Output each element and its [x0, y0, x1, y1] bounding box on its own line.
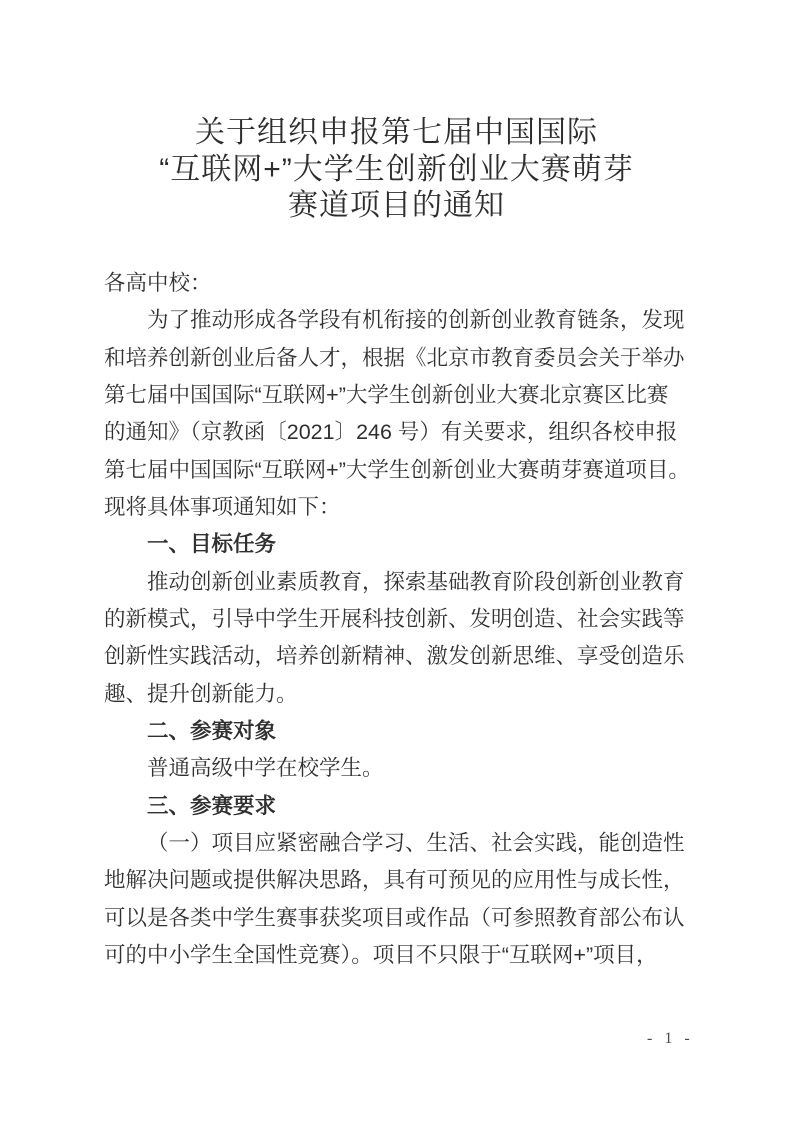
body-line: 推动创新创业素质教育，探索基础教育阶段创新创业教育	[104, 564, 710, 601]
body-line: 地解决问题或提供解决思路，具有可预见的应用性与成长性，	[104, 862, 710, 899]
body-line: 可的中小学生全国性竞赛）。项目不只限于“互联网+”项目，	[104, 937, 710, 974]
body-line: 可以是各类中学生赛事获奖项目或作品（可参照教育部公布认	[104, 900, 710, 937]
section-heading-1: 一、目标任务	[104, 526, 710, 563]
title-line-3: 赛道项目的通知	[0, 188, 793, 225]
section-heading-2: 二、参赛对象	[104, 713, 710, 750]
body-line: 的通知》（京教函〔2021〕246 号）有关要求，组织各校申报	[104, 414, 710, 451]
document-body: 各高中校： 为了推动形成各学段有机衔接的创新创业教育链条，发现 和培养创新创业后…	[104, 265, 710, 974]
body-line: 现将具体事项通知如下：	[104, 489, 710, 526]
document-page: 关于组织申报第七届中国国际 “互联网+”大学生创新创业大赛萌芽 赛道项目的通知 …	[0, 0, 793, 1122]
body-line: 创新性实践活动，培养创新精神、激发创新思维、享受创造乐	[104, 638, 710, 675]
section-heading-3: 三、参赛要求	[104, 788, 710, 825]
body-line: 的新模式，引导中学生开展科技创新、发明创造、社会实践等	[104, 601, 710, 638]
page-number: - 1 -	[647, 1030, 694, 1048]
body-line: 为了推动形成各学段有机衔接的创新创业教育链条，发现	[104, 302, 710, 339]
body-line: （一）项目应紧密融合学习、生活、社会实践，能创造性	[104, 825, 710, 862]
title-line-1: 关于组织申报第七届中国国际	[0, 115, 793, 152]
title-line-2: “互联网+”大学生创新创业大赛萌芽	[0, 152, 793, 189]
salutation-line: 各高中校：	[104, 265, 710, 302]
body-line: 和培养创新创业后备人才，根据《北京市教育委员会关于举办	[104, 340, 710, 377]
body-line: 普通高级中学在校学生。	[104, 750, 710, 787]
body-line: 第七届中国国际“互联网+”大学生创新创业大赛萌芽赛道项目。	[104, 452, 710, 489]
document-title: 关于组织申报第七届中国国际 “互联网+”大学生创新创业大赛萌芽 赛道项目的通知	[0, 115, 793, 225]
body-line: 第七届中国国际“互联网+”大学生创新创业大赛北京赛区比赛	[104, 377, 710, 414]
body-line: 趣、提升创新能力。	[104, 676, 710, 713]
